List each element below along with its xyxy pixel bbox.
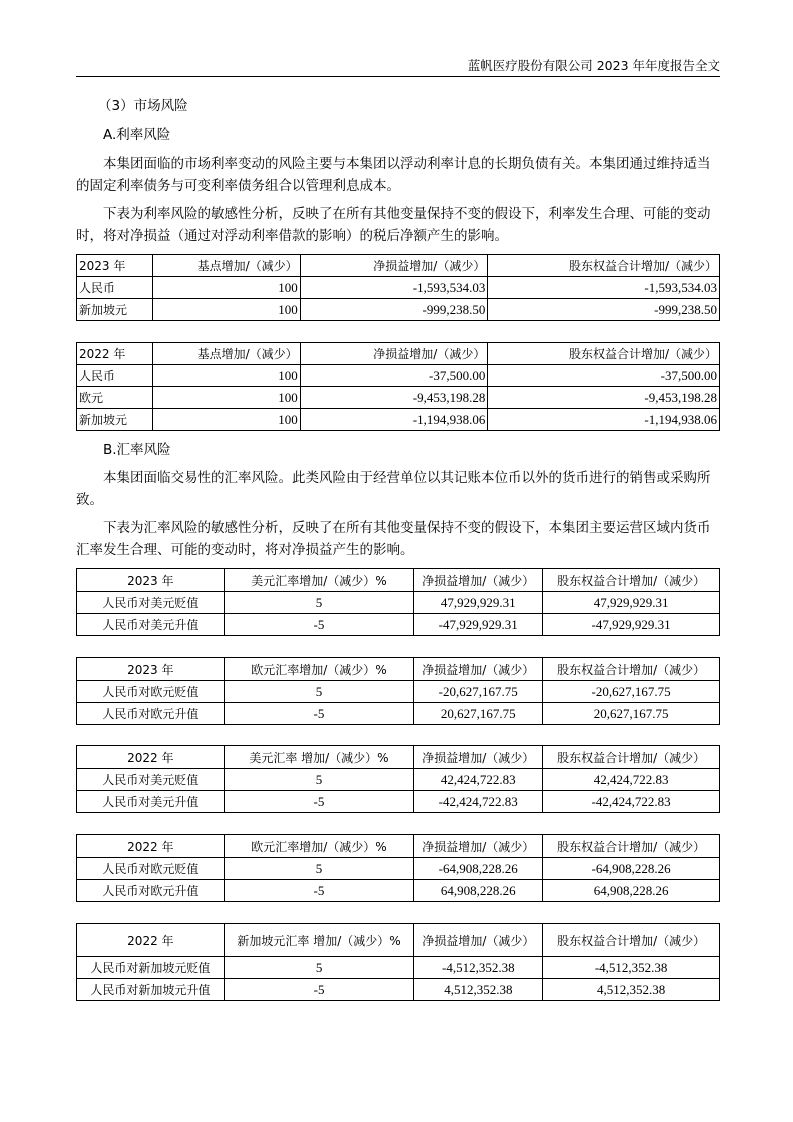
table-header-cell: 净损益增加/（减少）: [414, 746, 543, 769]
equity-cell: 47,929,929.31: [543, 592, 720, 614]
net-profit-cell: -1,194,938.06: [300, 409, 488, 431]
net-profit-cell: -4,512,352.38: [414, 957, 543, 979]
scenario-cell: 人民币对欧元升值: [77, 703, 225, 725]
currency-cell: 人民币: [77, 277, 153, 299]
table-header-cell: 股东权益合计增加/（减少）: [543, 835, 720, 858]
net-profit-cell: 64,908,228.26: [414, 880, 543, 902]
basis-point-cell: 100: [152, 299, 300, 321]
net-profit-cell: -64,908,228.26: [414, 858, 543, 880]
table-header-cell: 股东权益合计增加/（减少）: [543, 569, 720, 592]
table-row: 人民币对欧元贬值 5 -20,627,167.75 -20,627,167.75: [77, 681, 720, 703]
net-profit-cell: 47,929,929.31: [414, 592, 543, 614]
net-profit-cell: 20,627,167.75: [414, 703, 543, 725]
basis-point-cell: 100: [152, 365, 300, 387]
rate-change-cell: -5: [224, 791, 414, 813]
equity-cell: 42,424,722.83: [543, 769, 720, 791]
net-profit-cell: -47,929,929.31: [414, 614, 543, 636]
equity-cell: -9,453,198.28: [488, 387, 720, 409]
rate-change-cell: 5: [224, 769, 414, 791]
equity-cell: -42,424,722.83: [543, 791, 720, 813]
scenario-cell: 人民币对新加坡元升值: [77, 979, 225, 1001]
net-profit-cell: 42,424,722.83: [414, 769, 543, 791]
table-row: 人民币对欧元升值 -5 20,627,167.75 20,627,167.75: [77, 703, 720, 725]
fx-table-2022-sgd: 2022 年 新加坡元汇率 增加/（减少）% 净损益增加/（减少） 股东权益合计…: [76, 923, 720, 1001]
rate-change-cell: -5: [224, 880, 414, 902]
interest-rate-table-2022: 2022 年 基点增加/（减少） 净损益增加/（减少） 股东权益合计增加/（减少…: [76, 342, 720, 431]
equity-cell: -999,238.50: [488, 299, 720, 321]
basis-point-cell: 100: [152, 277, 300, 299]
table-header-cell: 2023 年: [77, 569, 225, 592]
table-row: 人民币对美元升值 -5 -42,424,722.83 -42,424,722.8…: [77, 791, 720, 813]
equity-cell: -1,194,938.06: [488, 409, 720, 431]
net-profit-cell: -20,627,167.75: [414, 681, 543, 703]
equity-cell: -64,908,228.26: [543, 858, 720, 880]
table-header-cell: 新加坡元汇率 增加/（减少）%: [224, 924, 414, 957]
fx-risk-para-2: 下表为汇率风险的敏感性分析，反映了在所有其他变量保持不变的假设下，本集团主要运营…: [76, 517, 720, 561]
equity-cell: -37,500.00: [488, 365, 720, 387]
currency-cell: 新加坡元: [77, 299, 153, 321]
table-header-cell: 2022 年: [77, 343, 153, 365]
page-header: 蓝帆医疗股份有限公司 2023 年年度报告全文: [76, 58, 720, 77]
interest-rate-table-2023: 2023 年 基点增加/（减少） 净损益增加/（减少） 股东权益合计增加/（减少…: [76, 254, 720, 321]
table-row: 人民币对美元升值 -5 -47,929,929.31 -47,929,929.3…: [77, 614, 720, 636]
table-header-cell: 净损益增加/（减少）: [414, 569, 543, 592]
net-profit-cell: -1,593,534.03: [300, 277, 488, 299]
net-profit-cell: -42,424,722.83: [414, 791, 543, 813]
table-header-cell: 2022 年: [77, 924, 225, 957]
rate-change-cell: -5: [224, 979, 414, 1001]
table-header-cell: 股东权益合计增加/（减少）: [488, 343, 720, 365]
fx-table-2022-usd: 2022 年 美元汇率 增加/（减少）% 净损益增加/（减少） 股东权益合计增加…: [76, 745, 720, 813]
fx-risk-para-1: 本集团面临交易性的汇率风险。此类风险由于经营单位以其记账本位币以外的货币进行的销…: [76, 467, 720, 511]
table-row: 人民币对新加坡元升值 -5 4,512,352.38 4,512,352.38: [77, 979, 720, 1001]
table-row: 人民币 100 -37,500.00 -37,500.00: [77, 365, 720, 387]
rate-change-cell: 5: [224, 681, 414, 703]
table-header-row: 2023 年 欧元汇率增加/（减少）% 净损益增加/（减少） 股东权益合计增加/…: [77, 658, 720, 681]
table-header-cell: 净损益增加/（减少）: [414, 658, 543, 681]
scenario-cell: 人民币对美元升值: [77, 791, 225, 813]
scenario-cell: 人民币对新加坡元贬值: [77, 957, 225, 979]
rate-change-cell: 5: [224, 957, 414, 979]
net-profit-cell: 4,512,352.38: [414, 979, 543, 1001]
fx-table-2023-eur: 2023 年 欧元汇率增加/（减少）% 净损益增加/（减少） 股东权益合计增加/…: [76, 657, 720, 725]
table-header-row: 2022 年 基点增加/（减少） 净损益增加/（减少） 股东权益合计增加/（减少…: [77, 343, 720, 365]
equity-cell: 4,512,352.38: [543, 979, 720, 1001]
table-header-row: 2022 年 新加坡元汇率 增加/（减少）% 净损益增加/（减少） 股东权益合计…: [77, 924, 720, 957]
table-header-cell: 美元汇率增加/（减少）%: [224, 569, 414, 592]
equity-cell: 64,908,228.26: [543, 880, 720, 902]
equity-cell: -4,512,352.38: [543, 957, 720, 979]
scenario-cell: 人民币对欧元升值: [77, 880, 225, 902]
rate-change-cell: 5: [224, 858, 414, 880]
scenario-cell: 人民币对美元升值: [77, 614, 225, 636]
currency-cell: 欧元: [77, 387, 153, 409]
basis-point-cell: 100: [152, 387, 300, 409]
table-row: 新加坡元 100 -999,238.50 -999,238.50: [77, 299, 720, 321]
table-header-cell: 净损益增加/（减少）: [414, 924, 543, 957]
scenario-cell: 人民币对美元贬值: [77, 769, 225, 791]
fx-table-2022-eur: 2022 年 欧元汇率增加/（减少）% 净损益增加/（减少） 股东权益合计增加/…: [76, 834, 720, 902]
currency-cell: 新加坡元: [77, 409, 153, 431]
table-header-cell: 2022 年: [77, 835, 225, 858]
table-row: 新加坡元 100 -1,194,938.06 -1,194,938.06: [77, 409, 720, 431]
table-header-cell: 净损益增加/（减少）: [300, 343, 488, 365]
currency-cell: 人民币: [77, 365, 153, 387]
table-header-cell: 净损益增加/（减少）: [300, 255, 488, 277]
table-row: 人民币对美元贬值 5 47,929,929.31 47,929,929.31: [77, 592, 720, 614]
interest-risk-title: A.利率风险: [103, 124, 747, 146]
table-header-cell: 股东权益合计增加/（减少）: [543, 658, 720, 681]
equity-cell: -20,627,167.75: [543, 681, 720, 703]
table-header-row: 2022 年 欧元汇率增加/（减少）% 净损益增加/（减少） 股东权益合计增加/…: [77, 835, 720, 858]
table-header-cell: 股东权益合计增加/（减少）: [543, 746, 720, 769]
table-header-cell: 净损益增加/（减少）: [414, 835, 543, 858]
interest-risk-para-2: 下表为利率风险的敏感性分析，反映了在所有其他变量保持不变的假设下，利率发生合理、…: [76, 203, 720, 247]
equity-cell: 20,627,167.75: [543, 703, 720, 725]
table-row: 人民币对欧元升值 -5 64,908,228.26 64,908,228.26: [77, 880, 720, 902]
table-header-cell: 2023 年: [77, 255, 153, 277]
net-profit-cell: -37,500.00: [300, 365, 488, 387]
basis-point-cell: 100: [152, 409, 300, 431]
table-header-cell: 美元汇率 增加/（减少）%: [224, 746, 414, 769]
table-row: 人民币对美元贬值 5 42,424,722.83 42,424,722.83: [77, 769, 720, 791]
section-title: （3）市场风险: [98, 95, 742, 117]
rate-change-cell: -5: [224, 703, 414, 725]
table-header-cell: 基点增加/（减少）: [152, 255, 300, 277]
equity-cell: -1,593,534.03: [488, 277, 720, 299]
table-header-row: 2023 年 基点增加/（减少） 净损益增加/（减少） 股东权益合计增加/（减少…: [77, 255, 720, 277]
net-profit-cell: -999,238.50: [300, 299, 488, 321]
table-header-cell: 2023 年: [77, 658, 225, 681]
table-row: 人民币对欧元贬值 5 -64,908,228.26 -64,908,228.26: [77, 858, 720, 880]
table-header-cell: 基点增加/（减少）: [152, 343, 300, 365]
table-header-row: 2022 年 美元汇率 增加/（减少）% 净损益增加/（减少） 股东权益合计增加…: [77, 746, 720, 769]
table-row: 人民币对新加坡元贬值 5 -4,512,352.38 -4,512,352.38: [77, 957, 720, 979]
rate-change-cell: -5: [224, 614, 414, 636]
table-row: 人民币 100 -1,593,534.03 -1,593,534.03: [77, 277, 720, 299]
table-header-cell: 欧元汇率增加/（减少）%: [224, 835, 414, 858]
interest-risk-para-1: 本集团面临的市场利率变动的风险主要与本集团以浮动利率计息的长期负债有关。本集团通…: [76, 153, 720, 197]
table-header-cell: 股东权益合计增加/（减少）: [543, 924, 720, 957]
scenario-cell: 人民币对欧元贬值: [77, 681, 225, 703]
equity-cell: -47,929,929.31: [543, 614, 720, 636]
fx-table-2023-usd: 2023 年 美元汇率增加/（减少）% 净损益增加/（减少） 股东权益合计增加/…: [76, 568, 720, 636]
table-header-cell: 股东权益合计增加/（减少）: [488, 255, 720, 277]
net-profit-cell: -9,453,198.28: [300, 387, 488, 409]
table-header-row: 2023 年 美元汇率增加/（减少）% 净损益增加/（减少） 股东权益合计增加/…: [77, 569, 720, 592]
rate-change-cell: 5: [224, 592, 414, 614]
table-header-cell: 2022 年: [77, 746, 225, 769]
scenario-cell: 人民币对欧元贬值: [77, 858, 225, 880]
scenario-cell: 人民币对美元贬值: [77, 592, 225, 614]
table-row: 欧元 100 -9,453,198.28 -9,453,198.28: [77, 387, 720, 409]
fx-risk-title: B.汇率风险: [103, 439, 747, 461]
table-header-cell: 欧元汇率增加/（减少）%: [224, 658, 414, 681]
